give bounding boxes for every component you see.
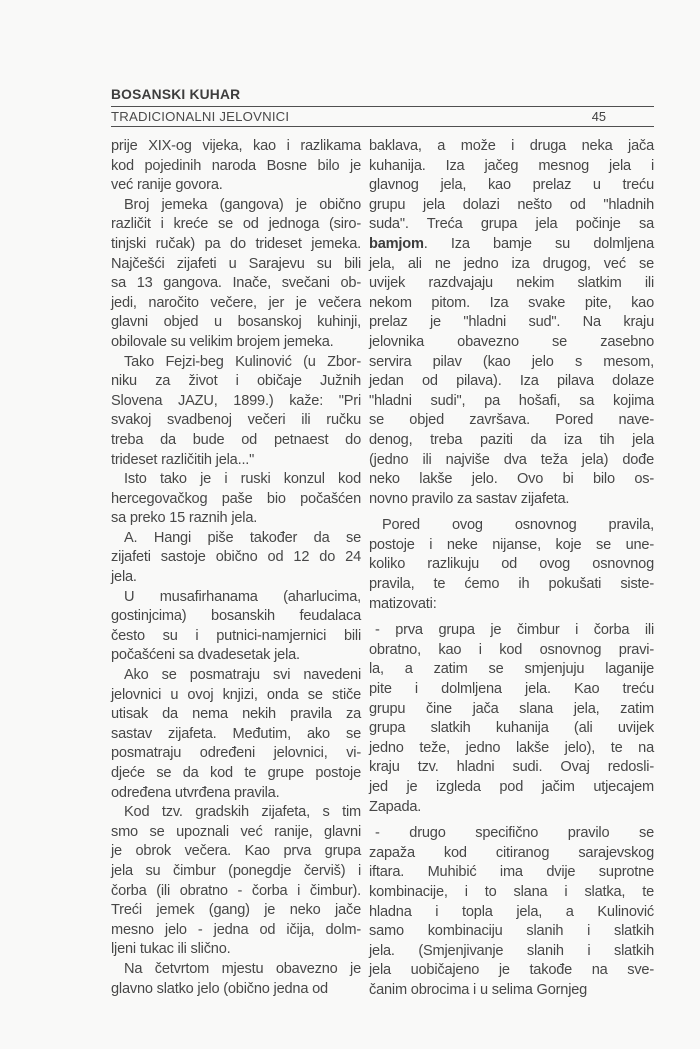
text-line: grupu čine jača slana jela, zatim (369, 700, 654, 720)
text-line: iftara. Muhibić ima dvije suprotne (369, 863, 654, 883)
text-line: bamjom. Iza bamje su dolmljena (369, 235, 654, 255)
text-line: novno pravilo za sastav zijafeta. (369, 490, 654, 510)
text-line: niku za život i običaje Južnih (111, 372, 361, 392)
text-line: ljeni tukac ili slično. (111, 940, 361, 960)
text-line: postoje i neke nijanse, koje se une- (369, 536, 654, 556)
book-title-row: BOSANSKI KUHAR (111, 86, 654, 107)
text-line: Slovena JAZU, 1899.) kaže: "Pri (111, 392, 361, 412)
text-line: često su i putnici-namjernici bili (111, 627, 361, 647)
text-line: glavni objed u bosanskoj kuhinji, (111, 313, 361, 333)
text-line: Na četvrtom mjestu obavezno je (111, 960, 361, 980)
text-line: prije XIX-og vijeka, kao i razlikama (111, 137, 361, 157)
text-line: hercegovačkog paše bio počašćen (111, 490, 361, 510)
text-line: kod pojedinih naroda Bosne bilo je (111, 157, 361, 177)
text-line: - prva grupa je čimbur i čorba ili (369, 621, 654, 641)
text-line: glavnog jela, kao prelaz u treću (369, 176, 654, 196)
text-line: grupu jela dolazi nešto od "hladnih (369, 196, 654, 216)
column-left: prije XIX-og vijeka, kao i razlikamakod … (111, 137, 361, 1001)
text-line: Kod tzv. gradskih zijafeta, s tim (111, 803, 361, 823)
text-line: čanim obrocima i u selima Gornjeg (369, 981, 654, 1001)
text-columns: prije XIX-og vijeka, kao i razlikamakod … (111, 137, 654, 1001)
book-title: BOSANSKI KUHAR (111, 87, 240, 102)
text-line: jela. (111, 568, 361, 588)
text-line: Isto tako je i ruski konzul kod (111, 470, 361, 490)
text-line: sa 13 gangova. Inače, svečani ob- (111, 274, 361, 294)
text-line: sastav zijafeta. Međutim, ako se (111, 725, 361, 745)
text-line: djeće se da kod te grupe postoje (111, 764, 361, 784)
text-line: kombinacije, i to slana i slatka, te (369, 883, 654, 903)
text-line: utisak da nema nekih pravila za (111, 705, 361, 725)
text-line: samo kombinaciju slanih i slatkih (369, 922, 654, 942)
text-line: baklava, a može i druga neka jača (369, 137, 654, 157)
text-line: posmatraju određeni jelovnici, vi- (111, 744, 361, 764)
text-line: "hladni sudi", pa hošafi, sa kojima (369, 392, 654, 412)
text-line: zijafeti sastoje obično od 12 do 24 (111, 548, 361, 568)
text-line: Ako se posmatraju svi navedeni (111, 666, 361, 686)
text-line: hladna i topla jela, a Kulinović (369, 903, 654, 923)
text-line: pite i dolmljena jela. Kao treću (369, 680, 654, 700)
text-line: treba da bude od petnaest do (111, 431, 361, 451)
text-line: matizovati: (369, 595, 654, 615)
text-line: (jedno ili najviše dva teža jela) dođe (369, 451, 654, 471)
text-line: različit i kreće se od jednoga (siro- (111, 215, 361, 235)
text-line: - drugo specifično pravilo se (369, 824, 654, 844)
text-line: jelovnici u ovoj knjizi, onda se stiče (111, 686, 361, 706)
text-line: jedno teže, jedno lakše jelo), te na (369, 739, 654, 759)
text-line: mesno jelo - jedna od ičija, dolm- (111, 921, 361, 941)
text-line: počašćeni sa dvadesetak jela. (111, 646, 361, 666)
text-line: jela uobičajeno je takođe na sve- (369, 961, 654, 981)
column-right: baklava, a može i druga neka jačakuhanij… (369, 137, 654, 1001)
text-line: svakoj svadbenoj večeri ili ručku (111, 411, 361, 431)
text-line: U musafirhanama (aharlucima, (111, 588, 361, 608)
text-line: pravila, te ćemo ih pokušati siste- (369, 575, 654, 595)
text-line: jela su čimbur (ponegdje červiš) i (111, 862, 361, 882)
text-line: jela. (Smjenjivanje slanih i slatkih (369, 942, 654, 962)
page-header: BOSANSKI KUHAR TRADICIONALNI JELOVNICI 4… (111, 86, 654, 127)
text-line: obratno, kao i kod osnovnog pravi- (369, 641, 654, 661)
text-line: gostinjcima) bosanskih feudalaca (111, 607, 361, 627)
text-line: grupa slatkih kuhanija (ali uvijek (369, 719, 654, 739)
text-line: zapaža kod citiranog sarajevskog (369, 844, 654, 864)
page-number: 45 (592, 109, 654, 124)
text-line: A. Hangi piše također da se (111, 529, 361, 549)
text-line: denog, treba paziti da iza tih jela (369, 431, 654, 451)
book-page: BOSANSKI KUHAR TRADICIONALNI JELOVNICI 4… (111, 86, 654, 1001)
text-line: Pored ovog osnovnog pravila, (369, 516, 654, 536)
text-line: Zapada. (369, 798, 654, 818)
text-line: jedan od pilava). Iza pilava dolaze (369, 372, 654, 392)
text-line: smo se upoznali već ranije, glavni (111, 823, 361, 843)
chapter-title-row: TRADICIONALNI JELOVNICI 45 (111, 107, 654, 127)
text-line: kuhanija. Iza jačeg mesnog jela i (369, 157, 654, 177)
text-line: jela, ali ne jedno iza drugog, već se (369, 255, 654, 275)
text-line: određena utvrđena pravila. (111, 784, 361, 804)
text-line: glavno slatko jelo (obično jedna od (111, 980, 361, 1000)
text-line: trideset različitih jela..." (111, 451, 361, 471)
text-line: prelaz je "hladni sud". Na kraju (369, 313, 654, 333)
text-line: servira pilav (kao jelo s mesom, (369, 353, 654, 373)
text-line: jelovnika obavezno se zasebno (369, 333, 654, 353)
text-line: obilovale su velikim brojem jemeka. (111, 333, 361, 353)
text-line: suda". Treća grupa jela počinje sa (369, 215, 654, 235)
text-line: nekom pitom. Iza svake pite, kao (369, 294, 654, 314)
text-line: jed je izgleda pod jačim utjecajem (369, 778, 654, 798)
text-line: jedi, naročito večere, jer je večera (111, 294, 361, 314)
text-line: Tako Fejzi-beg Kulinović (u Zbor- (111, 353, 361, 373)
text-line: već ranije govora. (111, 176, 361, 196)
text-line: se objed završava. Pored nave- (369, 411, 654, 431)
text-line: koliko razlikuju od ovog osnovnog (369, 555, 654, 575)
text-line: la, a zatim se smjenjuju laganije (369, 660, 654, 680)
text-line: tinjski ručak) pa do trideset jemeka. (111, 235, 361, 255)
text-line: čorba (ili obratno - čorba i čimbur). (111, 882, 361, 902)
text-line: uvijek razdvajaju nekim slatkim ili (369, 274, 654, 294)
text-line: neko lakše jelo. Ovo bi bilo os- (369, 470, 654, 490)
text-line: je obrok večera. Kao prva grupa (111, 842, 361, 862)
text-line: kraju tzv. hladni sudi. Ovaj redosli- (369, 758, 654, 778)
text-line: sa preko 15 raznih jela. (111, 509, 361, 529)
text-line: Broj jemeka (gangova) je obično (111, 196, 361, 216)
chapter-title: TRADICIONALNI JELOVNICI (111, 109, 289, 124)
text-line: Najčešći zijafeti u Sarajevu su bili (111, 255, 361, 275)
text-line: Treći jemek (gang) je neko jače (111, 901, 361, 921)
